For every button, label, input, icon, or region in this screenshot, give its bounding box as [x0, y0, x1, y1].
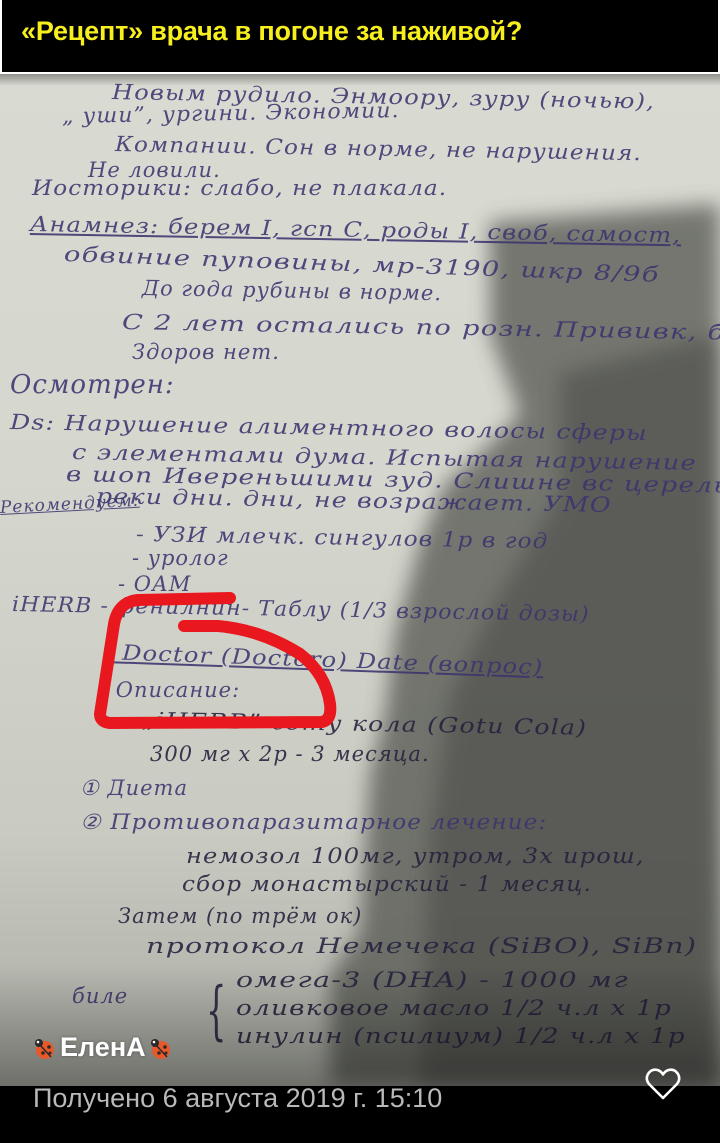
note-line: 300 мг х 2р - 3 месяца.: [150, 742, 430, 766]
note-line: - Описание:: [100, 678, 240, 702]
note-line: - уролог: [132, 546, 229, 570]
post-photo[interactable]: Новым рудило. Энмоору, зуру (ночью), „ у…: [0, 74, 720, 1086]
note-line: ② Противопаразитарное лечение:: [80, 810, 547, 834]
note-line: Рекомендуем:: [0, 491, 140, 518]
note-line: ① Диета: [80, 776, 188, 800]
note-line: Анамнез: берем I, гсп С, роды I, своб, с…: [30, 212, 682, 247]
note-line: протокол Немечека (SiBO), SiBn): [146, 934, 697, 958]
note-line: До года рубины в норме.: [142, 276, 442, 305]
note-line: iHERB - фенилнин- Таблу (1/3 взрослой до…: [12, 592, 590, 626]
photo-vignette: [0, 966, 720, 1086]
note-line: Осмотрен:: [10, 370, 175, 400]
received-timestamp: Получено 6 августа 2019 г. 15:10: [33, 1083, 442, 1114]
note-line: - Doctor (Doctoro) Date (вопрос): [104, 640, 544, 679]
ladybug-icon: [32, 1035, 58, 1061]
like-button[interactable]: [644, 1066, 682, 1102]
author-name[interactable]: ЕленА: [32, 1032, 174, 1063]
title-bar: «Рецепт» врача в погоне за наживой?: [0, 0, 720, 74]
note-line: немозол 100мг, утром, 3х ирош,: [186, 844, 645, 868]
handwritten-note: Новым рудило. Энмоору, зуру (ночью), „ у…: [0, 74, 720, 1086]
ladybug-icon: [148, 1035, 174, 1061]
author-name-text[interactable]: ЕленА: [60, 1032, 146, 1063]
note-line: „ уши”, ургини. Экономии.: [62, 98, 400, 128]
frame-edge: [0, 0, 2, 74]
note-line: - ОАМ: [118, 572, 191, 596]
note-line: Затем (по трём ок): [118, 904, 362, 928]
note-line: Иосторики: слабо, не плакала.: [32, 176, 447, 200]
note-line: Здоров нет.: [132, 340, 280, 364]
note-line: „iHERB” готу кола (Gotu Cola): [142, 708, 588, 740]
note-line: сбор монастырский - 1 месяц.: [182, 872, 592, 896]
post-title: «Рецепт» врача в погоне за наживой?: [21, 16, 522, 47]
heart-outline-icon: [644, 1066, 682, 1102]
